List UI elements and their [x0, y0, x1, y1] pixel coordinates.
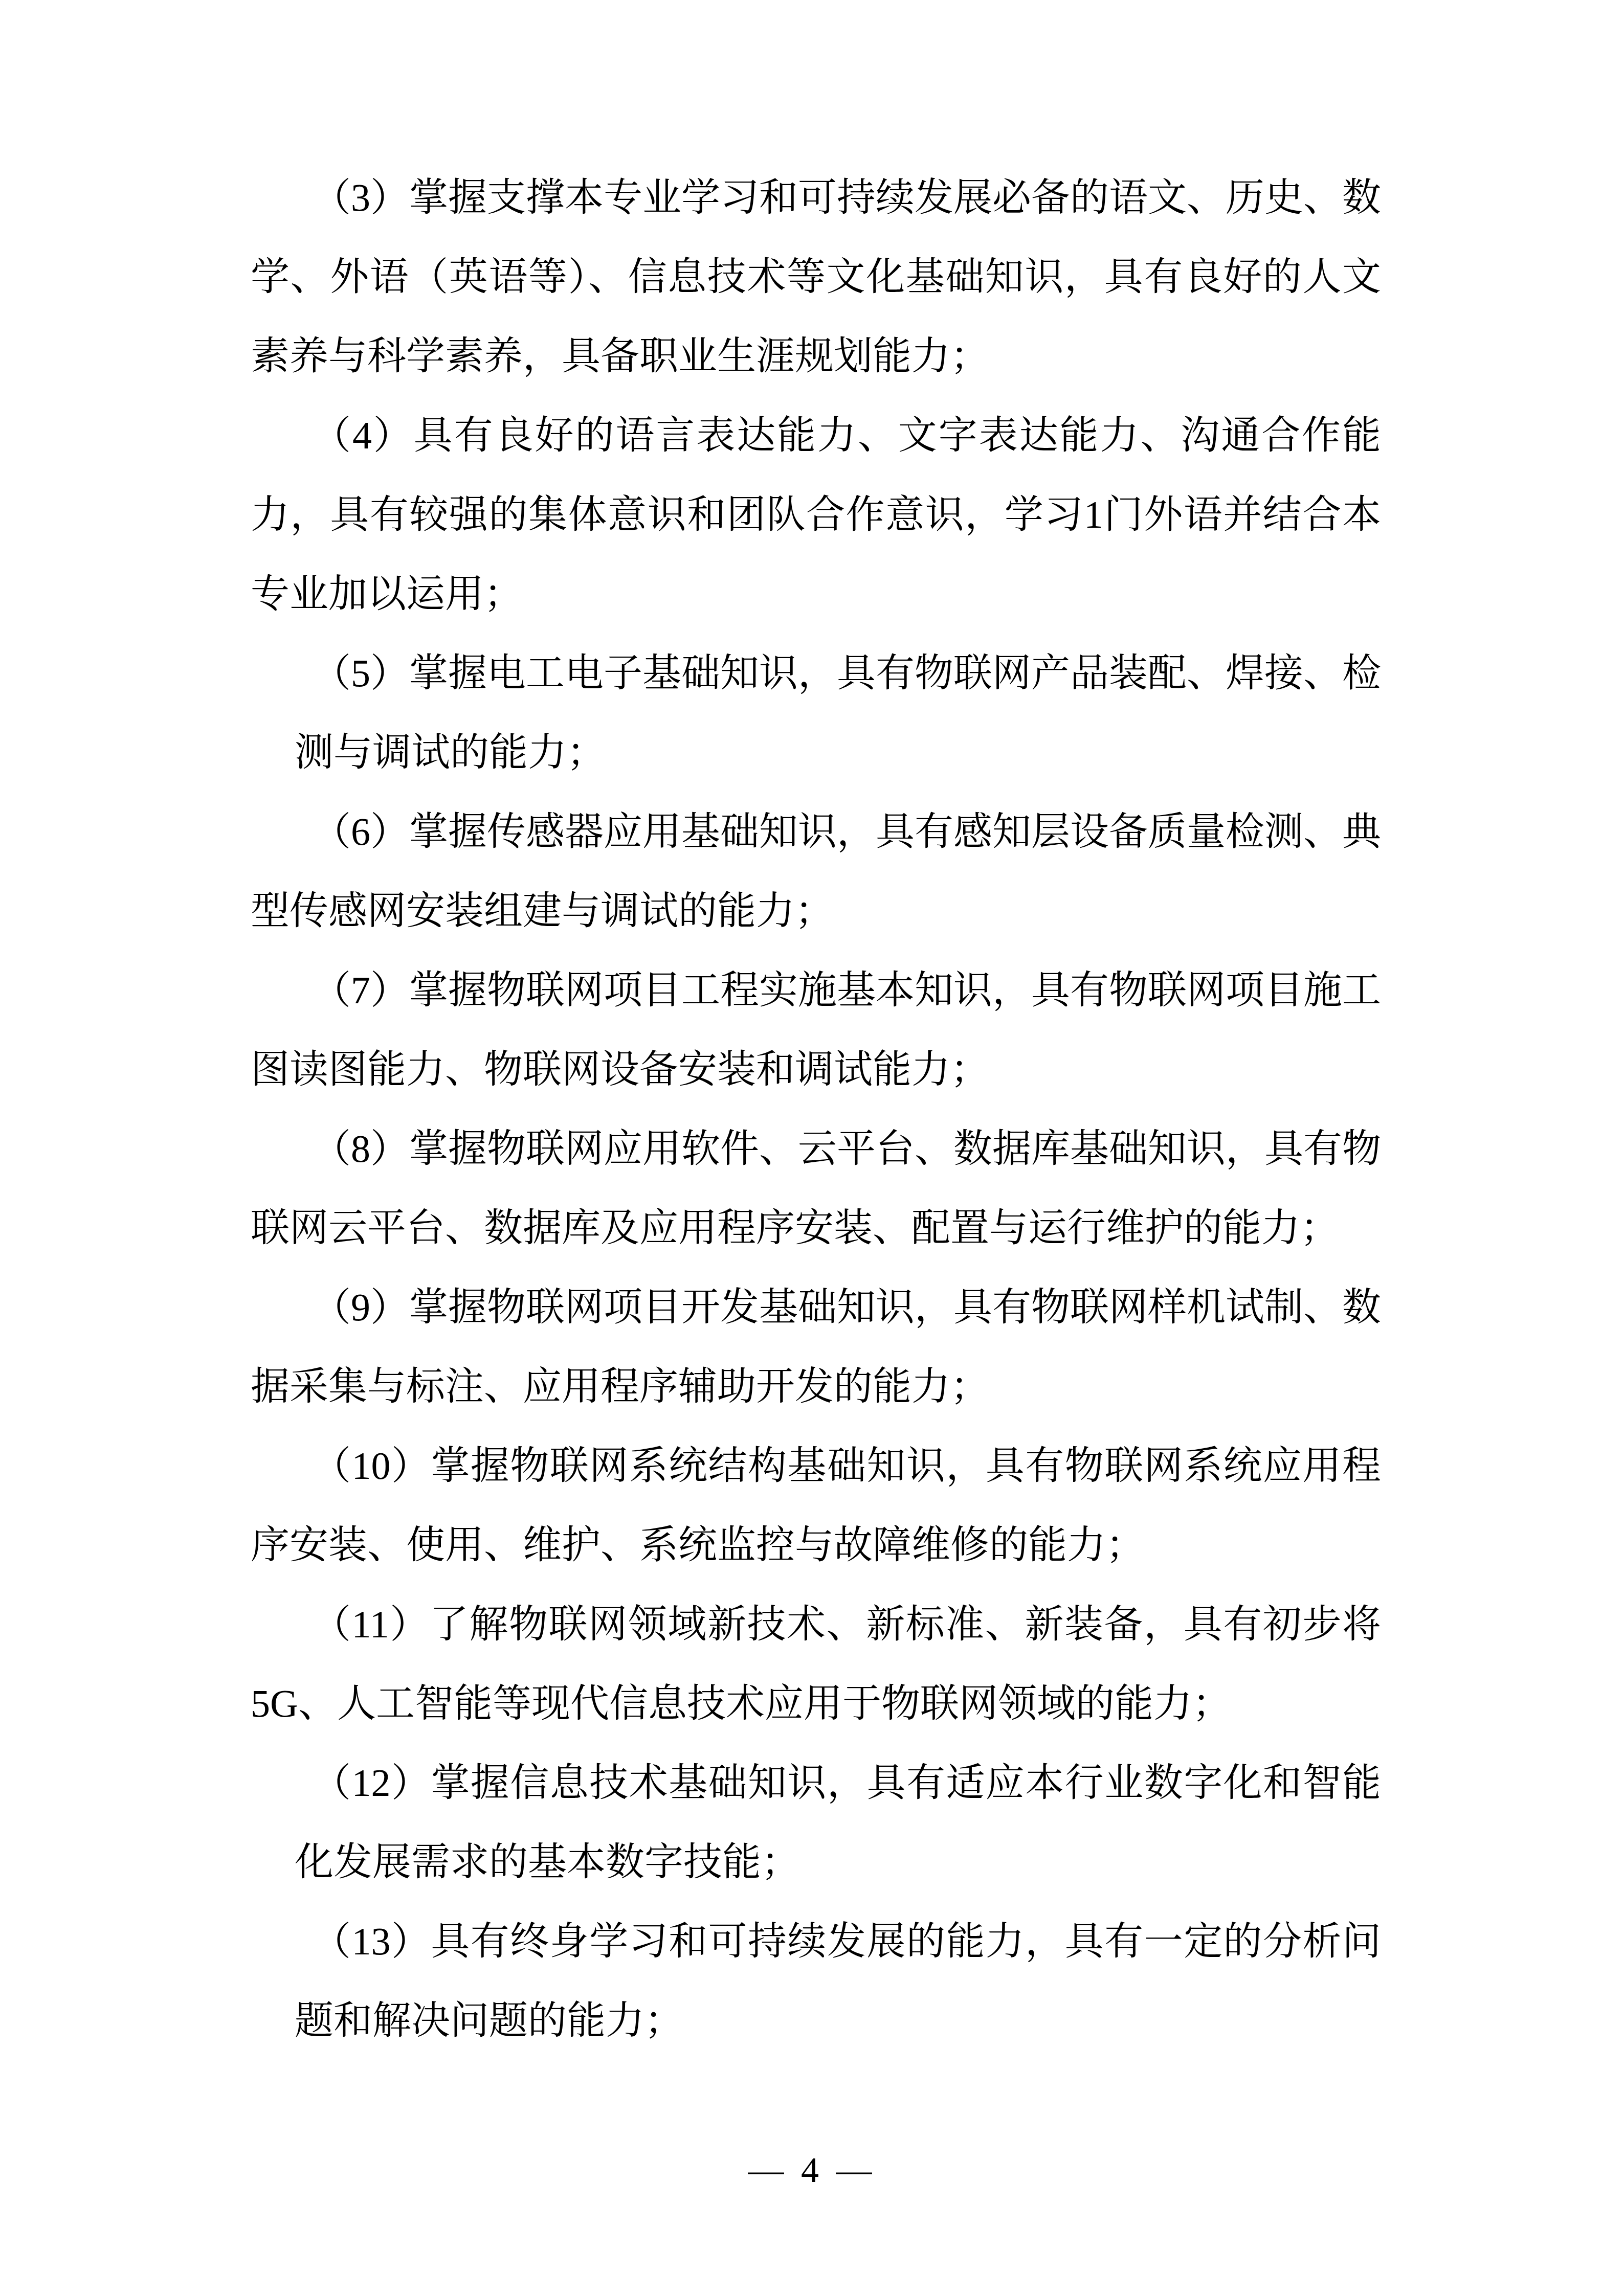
- list-item-text: 掌握物联网项目开发基础知识，具有物联网样机试制、数据采集与标注、应用程序辅助开发…: [251, 1286, 1381, 1408]
- list-item-number: （3）: [312, 176, 409, 219]
- list-item-text: 掌握电工电子基础知识，具有物联网产品装配、焊接、检测与调试的能力；: [295, 652, 1381, 774]
- list-item-number: （11）: [312, 1603, 430, 1646]
- list-item-number: （6）: [312, 811, 409, 853]
- list-item-text: 掌握传感器应用基础知识，具有感知层设备质量检测、典型传感网安装组建与调试的能力；: [251, 811, 1381, 933]
- paragraph-item-6: （6）掌握传感器应用基础知识，具有感知层设备质量检测、典型传感网安装组建与调试的…: [251, 793, 1381, 951]
- paragraph-item-4: （4）具有良好的语言表达能力、文字表达能力、沟通合作能力，具有较强的集体意识和团…: [251, 396, 1381, 634]
- paragraph-item-7: （7）掌握物联网项目工程实施基本知识，具有物联网项目施工图读图能力、物联网设备安…: [251, 951, 1381, 1110]
- document-page: （3）掌握支撑本专业学习和可持续发展必备的语文、历史、数学、外语（英语等）、信息…: [0, 0, 1624, 2296]
- list-item-text: 具有良好的语言表达能力、文字表达能力、沟通合作能力，具有较强的集体意识和团队合作…: [251, 414, 1381, 616]
- document-body: （3）掌握支撑本专业学习和可持续发展必备的语文、历史、数学、外语（英语等）、信息…: [251, 159, 1381, 2061]
- paragraph-item-9: （9）掌握物联网项目开发基础知识，具有物联网样机试制、数据采集与标注、应用程序辅…: [251, 1268, 1381, 1427]
- list-item-number: （7）: [312, 969, 409, 1012]
- page-footer: — 4 —: [0, 2143, 1624, 2199]
- list-item-text: 掌握信息技术基础知识，具有适应本行业数字化和智能化发展需求的基本数字技能；: [295, 1762, 1381, 1884]
- list-item-number: （13）: [312, 1920, 431, 1963]
- paragraph-item-12: （12）掌握信息技术基础知识，具有适应本行业数字化和智能化发展需求的基本数字技能…: [251, 1744, 1381, 1902]
- list-item-number: （5）: [312, 652, 409, 695]
- list-item-number: （8）: [312, 1128, 409, 1170]
- paragraph-item-10: （10）掌握物联网系统结构基础知识，具有物联网系统应用程序安装、使用、维护、系统…: [251, 1427, 1381, 1585]
- list-item-number: （10）: [312, 1445, 431, 1488]
- paragraph-item-5: （5）掌握电工电子基础知识，具有物联网产品装配、焊接、检测与调试的能力；: [251, 634, 1381, 793]
- paragraph-item-11: （11）了解物联网领域新技术、新标准、新装备，具有初步将5G、人工智能等现代信息…: [251, 1585, 1381, 1744]
- list-item-text: 具有终身学习和可持续发展的能力，具有一定的分析问题和解决问题的能力；: [295, 1920, 1381, 2042]
- paragraph-item-3: （3）掌握支撑本专业学习和可持续发展必备的语文、历史、数学、外语（英语等）、信息…: [251, 159, 1381, 396]
- list-item-text: 掌握物联网应用软件、云平台、数据库基础知识，具有物联网云平台、数据库及应用程序安…: [251, 1128, 1381, 1250]
- paragraph-item-13: （13）具有终身学习和可持续发展的能力，具有一定的分析问题和解决问题的能力；: [251, 1902, 1381, 2061]
- list-item-text: 掌握支撑本专业学习和可持续发展必备的语文、历史、数学、外语（英语等）、信息技术等…: [251, 176, 1381, 378]
- paragraph-item-8: （8）掌握物联网应用软件、云平台、数据库基础知识，具有物联网云平台、数据库及应用…: [251, 1110, 1381, 1268]
- list-item-text: 掌握物联网项目工程实施基本知识，具有物联网项目施工图读图能力、物联网设备安装和调…: [251, 969, 1381, 1091]
- list-item-number: （4）: [312, 414, 414, 457]
- list-item-number: （9）: [312, 1286, 409, 1329]
- list-item-number: （12）: [312, 1762, 431, 1805]
- page-number: — 4 —: [748, 2151, 876, 2190]
